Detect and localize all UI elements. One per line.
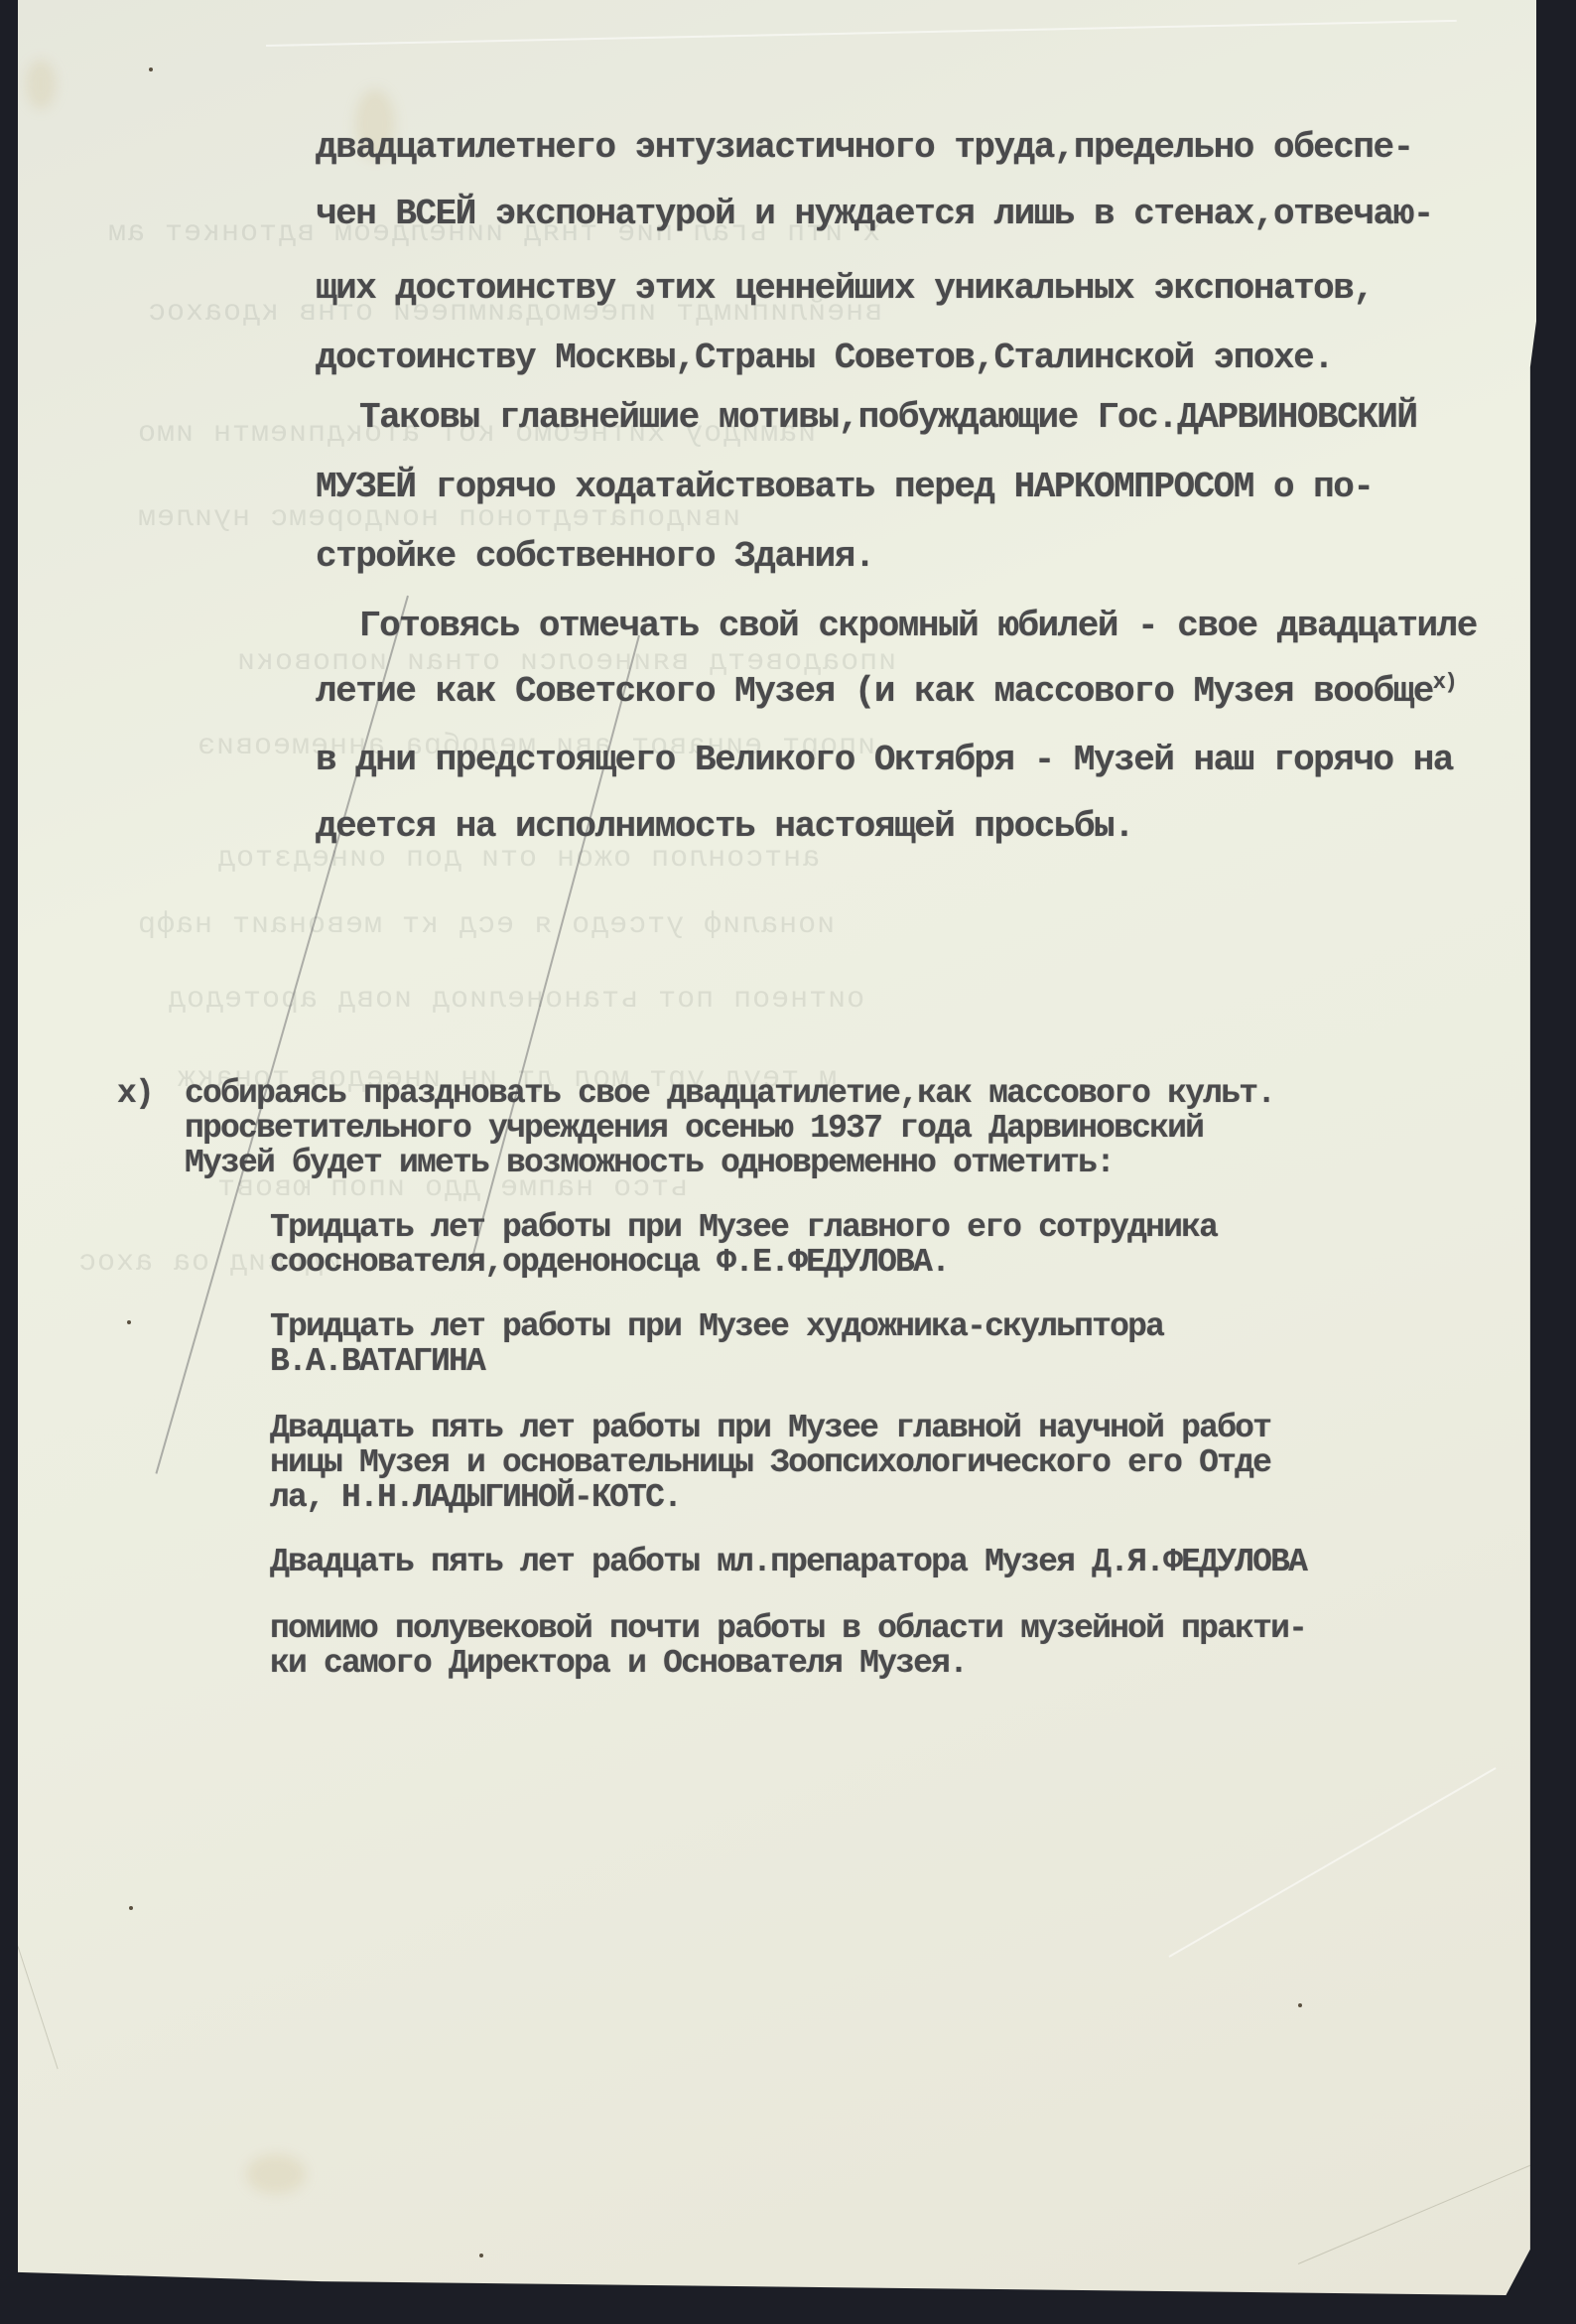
ink-fleck: [1298, 2003, 1302, 2007]
text-line: чен ВСЕЙ экспонатурой и нуждается лишь в…: [316, 194, 1433, 234]
water-stain: [26, 60, 56, 109]
footnote-item-line: ницы Музея и основательницы Зоопсихологи…: [270, 1444, 1270, 1481]
text-line: щих достоинству этих ценнейших уникальны…: [316, 268, 1374, 309]
footnote-item-line: Тридцать лет работы при Музее художника-…: [270, 1308, 1163, 1345]
fold-line: [18, 1946, 59, 2069]
text-line: летие как Советского Музея (и как массов…: [316, 670, 1456, 712]
water-stain: [246, 2154, 306, 2194]
text-line: достоинству Москвы,Страны Советов,Сталин…: [316, 338, 1333, 378]
text-line: стройке собственного Здания.: [316, 536, 874, 577]
fold-line: [1298, 2162, 1536, 2264]
footnote-line: собираясь праздновать свое двадцатилетие…: [185, 1075, 1274, 1112]
text-line: МУЗЕЙ горячо ходатайствовать перед НАРКО…: [316, 467, 1374, 507]
bleed-through-text: антсонлоп ожон оти доп оинедзтод: [216, 842, 820, 876]
footnote-item-line: помимо полувековой почти работы в област…: [270, 1610, 1306, 1647]
text-line: в дни предстоящего Великого Октября - Му…: [316, 740, 1453, 780]
ink-fleck: [149, 68, 153, 71]
footnote-item-line: ки самого Директора и Основателя Музея.: [270, 1645, 967, 1682]
footnote-item-line: ла, Н.Н.ЛАДЫГИНОЙ-КОТС.: [270, 1479, 681, 1516]
ink-fleck: [479, 2254, 483, 2257]
footnote-item-line: В.А.ВАТАГИНА: [270, 1343, 484, 1380]
ink-fleck: [127, 1320, 131, 1324]
text-line: Готовясь отмечать свой скромный юбилей -…: [359, 606, 1477, 646]
footnote-item-line: Двадцать пять лет работы при Музее главн…: [270, 1410, 1270, 1446]
bleed-through-text: ионалиф утседо я есд кт мевонаит нафр: [137, 908, 835, 942]
ink-fleck: [129, 1906, 133, 1910]
footnote-marker: х): [1433, 670, 1456, 695]
footnote-marker: х): [117, 1075, 153, 1112]
paper-crease: [1169, 1767, 1497, 1958]
bleed-through-text: оитнеоп пот ьтанонелиод иовд аротедод: [167, 983, 864, 1017]
text-line: Таковы главнейшие мотивы,побуждающие Гос…: [359, 397, 1417, 438]
text-line: деется на исполнимость настоящей просьбы…: [316, 806, 1133, 847]
footnote-item-line: сооснователя,орденоносца Ф.Е.ФЕДУЛОВА.: [270, 1244, 949, 1281]
footnote-item-line: Двадцать пять лет работы мл.препаратора …: [270, 1544, 1306, 1580]
footnote-line: просветительного учреждения осенью 1937 …: [185, 1110, 1203, 1147]
text-line: двадцатилетнего энтузиастичного труда,пр…: [316, 127, 1413, 168]
footnote-line: Музей будет иметь возможность одновремен…: [185, 1145, 1114, 1181]
footnote-item-line: Тридцать лет работы при Музее главного е…: [270, 1209, 1217, 1246]
paper-crease: [266, 20, 1457, 47]
text-line-body: летие как Советского Музея (и как массов…: [316, 671, 1433, 712]
